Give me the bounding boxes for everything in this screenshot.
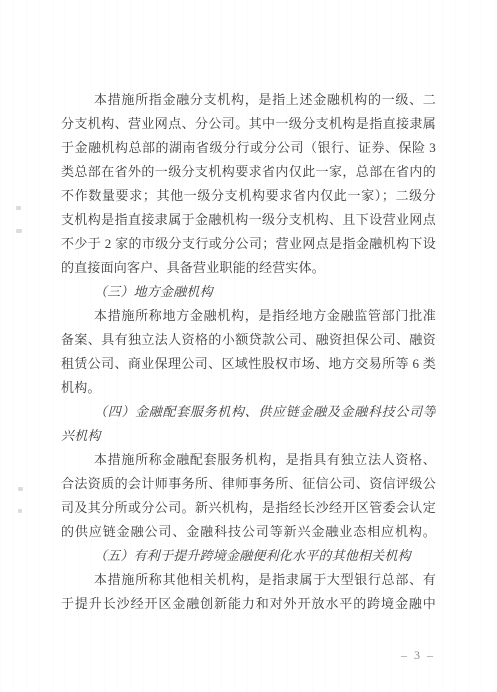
text-line: 不作数量要求；其他一级分支机构要求省内仅此一家）；二级分 bbox=[61, 184, 436, 208]
text-line: 支机构是指直接隶属于金融机构一级分支机构、且下设营业网点 bbox=[61, 208, 436, 232]
text-line: 不少于 2 家的市级分支行或分公司；营业网点是指金融机构下设 bbox=[61, 232, 436, 256]
heading-line: 兴机构 bbox=[61, 424, 436, 448]
scan-artifact bbox=[16, 229, 22, 233]
scan-artifact bbox=[16, 206, 21, 210]
document-body: 本措施所指金融分支机构，是指上述金融机构的一级、二级分支机构、营业网点、分公司。… bbox=[61, 88, 436, 616]
text-line: 备案、具有独立法人资格的小额贷款公司、融资担保公司、融资 bbox=[61, 328, 436, 352]
scan-artifact bbox=[18, 509, 22, 513]
text-line: 本措施所指金融分支机构，是指上述金融机构的一级、二级 bbox=[61, 88, 436, 112]
text-line: 租赁公司、商业保理公司、区域性股权市场、地方交易所等 6 类 bbox=[61, 352, 436, 376]
text-line: 于提升长沙经开区金融创新能力和对外开放水平的跨境金融中 bbox=[61, 592, 436, 616]
heading-line: （三）地方金融机构 bbox=[61, 280, 436, 304]
text-line: 合法资质的会计师事务所、律师事务所、征信公司、资信评级公 bbox=[61, 472, 436, 496]
text-line: 的直接面向客户、具备营业职能的经营实体。 bbox=[61, 256, 436, 280]
text-line: 本措施所称金融配套服务机构，是指具有独立法人资格、有 bbox=[61, 448, 436, 472]
text-line: 机构。 bbox=[61, 376, 436, 400]
text-line: 分支机构、营业网点、分公司。其中一级分支机构是指直接隶属 bbox=[61, 112, 436, 136]
text-line: 本措施所称其他相关机构，是指隶属于大型银行总部、有利 bbox=[61, 568, 436, 592]
heading-line: （五）有利于提升跨境金融便利化水平的其他相关机构 bbox=[61, 544, 436, 568]
text-line: 于金融机构总部的湖南省级分行或分公司（银行、证券、保险 3 bbox=[61, 136, 436, 160]
heading-line: （四）金融配套服务机构、供应链金融及金融科技公司等新 bbox=[61, 400, 436, 424]
scan-artifact bbox=[18, 487, 23, 491]
text-line: 本措施所称地方金融机构，是指经地方金融监管部门批准或 bbox=[61, 304, 436, 328]
page-number: – 3 – bbox=[401, 648, 435, 663]
document-page: 本措施所指金融分支机构，是指上述金融机构的一级、二级分支机构、营业网点、分公司。… bbox=[0, 0, 497, 692]
text-line: 司及其分所或分公司。新兴机构，是指经长沙经开区管委会认定 bbox=[61, 496, 436, 520]
text-line: 的供应链金融公司、金融科技公司等新兴金融业态相应机构。 bbox=[61, 520, 436, 544]
text-line: 类总部在省外的一级分支机构要求省内仅此一家，总部在省内的 bbox=[61, 160, 436, 184]
